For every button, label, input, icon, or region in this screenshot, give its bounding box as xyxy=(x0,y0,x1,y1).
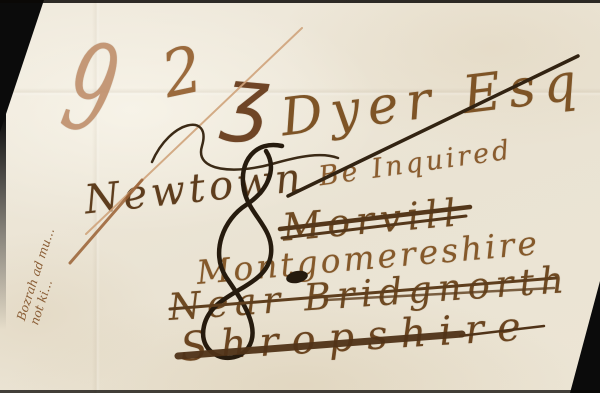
photo-background-edge-left xyxy=(0,0,6,330)
photo-background-edge-top xyxy=(0,0,600,3)
manuscript-flourish-mark: ʒ xyxy=(220,50,274,147)
letter-photograph: 9 2 ʒ Dyer Esq Be Inquired Newtown Morvi… xyxy=(0,0,600,393)
